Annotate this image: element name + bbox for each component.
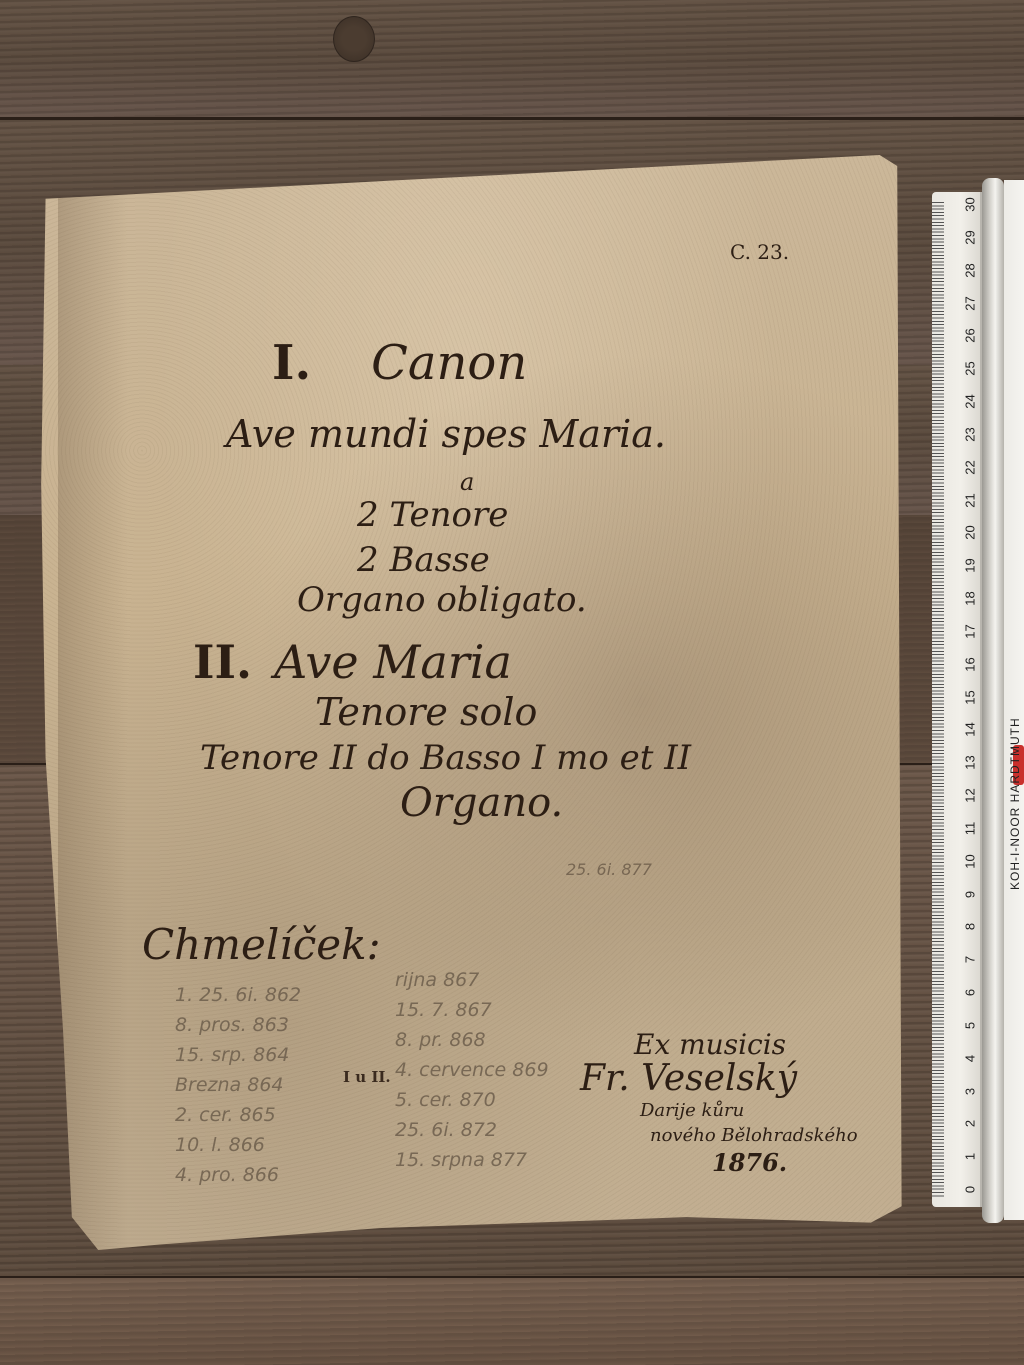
ledger-entry: 2. cer. 865: [175, 1100, 301, 1130]
ruler-label: 6: [963, 983, 978, 1003]
ruler-label: 28: [963, 260, 978, 280]
ruler-label: 2: [963, 1114, 978, 1134]
signature-name: Fr. Veselský: [580, 1058, 797, 1099]
ledger-entry: 4. cervence 869: [395, 1055, 549, 1085]
title-text: Ave Maria: [274, 635, 512, 689]
ruler-brand: KOH-I-NOOR HARDTMUTH: [1008, 560, 1024, 890]
voicing-basse: 2 Basse: [357, 540, 490, 580]
paper-fold-shadow: [58, 155, 128, 1250]
ruler-label: 10: [963, 851, 978, 871]
ruler-label: 7: [963, 950, 978, 970]
ruler-label: 16: [963, 654, 978, 674]
ruler-label: 27: [963, 293, 978, 313]
catalog-number: C. 23.: [730, 240, 789, 264]
title-text: Canon: [371, 335, 527, 391]
wood-knot: [333, 16, 375, 62]
ruler-label: 12: [963, 786, 978, 806]
ledger-entry: 15. srpna 877: [395, 1145, 549, 1175]
ledger-entry: 15. 7. 867: [395, 995, 549, 1025]
title-canon: I.Canon: [272, 335, 527, 391]
signature-ex-musicis: Ex musicis: [634, 1028, 786, 1061]
ruler-label: 25: [963, 359, 978, 379]
ledger-entry: 8. pros. 863: [175, 1010, 301, 1040]
ruler-label: 30: [963, 195, 978, 215]
ruler-label: 1: [963, 1147, 978, 1167]
signature-dedication: Darije kůru: [640, 1100, 744, 1121]
ruler-ticks: [932, 202, 956, 1197]
ledger-entry: rijna 867: [395, 965, 549, 995]
pencil-date: 25. 6i. 877: [566, 860, 652, 879]
wood-plank: [0, 0, 1024, 118]
ledger-entry: Brezna 864: [175, 1070, 301, 1100]
ruler-label: 18: [963, 589, 978, 609]
ruler-label: 24: [963, 392, 978, 412]
ruler-label: 21: [963, 490, 978, 510]
ledger-entry: 15. srp. 864: [175, 1040, 301, 1070]
ruler-label: 26: [963, 326, 978, 346]
ruler-label: 0: [963, 1180, 978, 1200]
ruler-label: 15: [963, 687, 978, 707]
part-stamp: I u II.: [343, 1068, 391, 1086]
ruler-metal-edge: [982, 178, 1004, 1223]
ruler-label: 9: [963, 884, 978, 904]
ruler-label: 19: [963, 556, 978, 576]
ruler-label: 4: [963, 1048, 978, 1068]
ruler-label: 29: [963, 227, 978, 247]
subtitle-ave-mundi: Ave mundi spes Maria.: [226, 412, 666, 456]
voicing-organo-2: Organo.: [400, 780, 563, 826]
performance-ledger-left: 1. 25. 6i. 862 8. pros. 863 15. srp. 864…: [175, 980, 301, 1190]
signature-year: 1876.: [712, 1148, 787, 1177]
ledger-entry: 25. 6i. 872: [395, 1115, 549, 1145]
ruler-label: 11: [963, 818, 978, 838]
ruler-label: 3: [963, 1081, 978, 1101]
ledger-entry: 1. 25. 6i. 862: [175, 980, 301, 1010]
ruler: 0123456789101112131415161718192021222324…: [932, 192, 982, 1207]
ruler-label: 8: [963, 917, 978, 937]
ruler-label: 5: [963, 1015, 978, 1035]
composer-name: Chmelíček:: [142, 920, 381, 969]
ledger-entry: 5. cer. 870: [395, 1085, 549, 1115]
voicing-tenore-basso: Tenore II do Basso I mo et II: [200, 738, 691, 778]
voicing-organo: Organo obligato.: [297, 580, 587, 620]
section-number: I.: [272, 335, 311, 391]
section-number: II.: [193, 635, 252, 689]
title-ave-maria: II.Ave Maria: [193, 635, 512, 689]
ruler-label: 22: [963, 457, 978, 477]
signature-place: nového Bělohradského: [650, 1125, 858, 1146]
voicing-tenore-solo: Tenore solo: [315, 690, 537, 734]
voicing-tenore: 2 Tenore: [357, 495, 508, 535]
wood-plank: [0, 1278, 1024, 1365]
ledger-entry: 4. pro. 866: [175, 1160, 301, 1190]
ruler-label: 13: [963, 753, 978, 773]
performance-ledger-right: rijna 867 15. 7. 867 8. pr. 868 4. cerve…: [395, 965, 549, 1175]
ruler-label: 14: [963, 720, 978, 740]
ruler-label: 23: [963, 424, 978, 444]
ruler-label: 20: [963, 523, 978, 543]
ruler-label: 17: [963, 621, 978, 641]
ledger-entry: 10. l. 866: [175, 1130, 301, 1160]
ledger-entry: 8. pr. 868: [395, 1025, 549, 1055]
voicing-a: a: [460, 468, 474, 496]
